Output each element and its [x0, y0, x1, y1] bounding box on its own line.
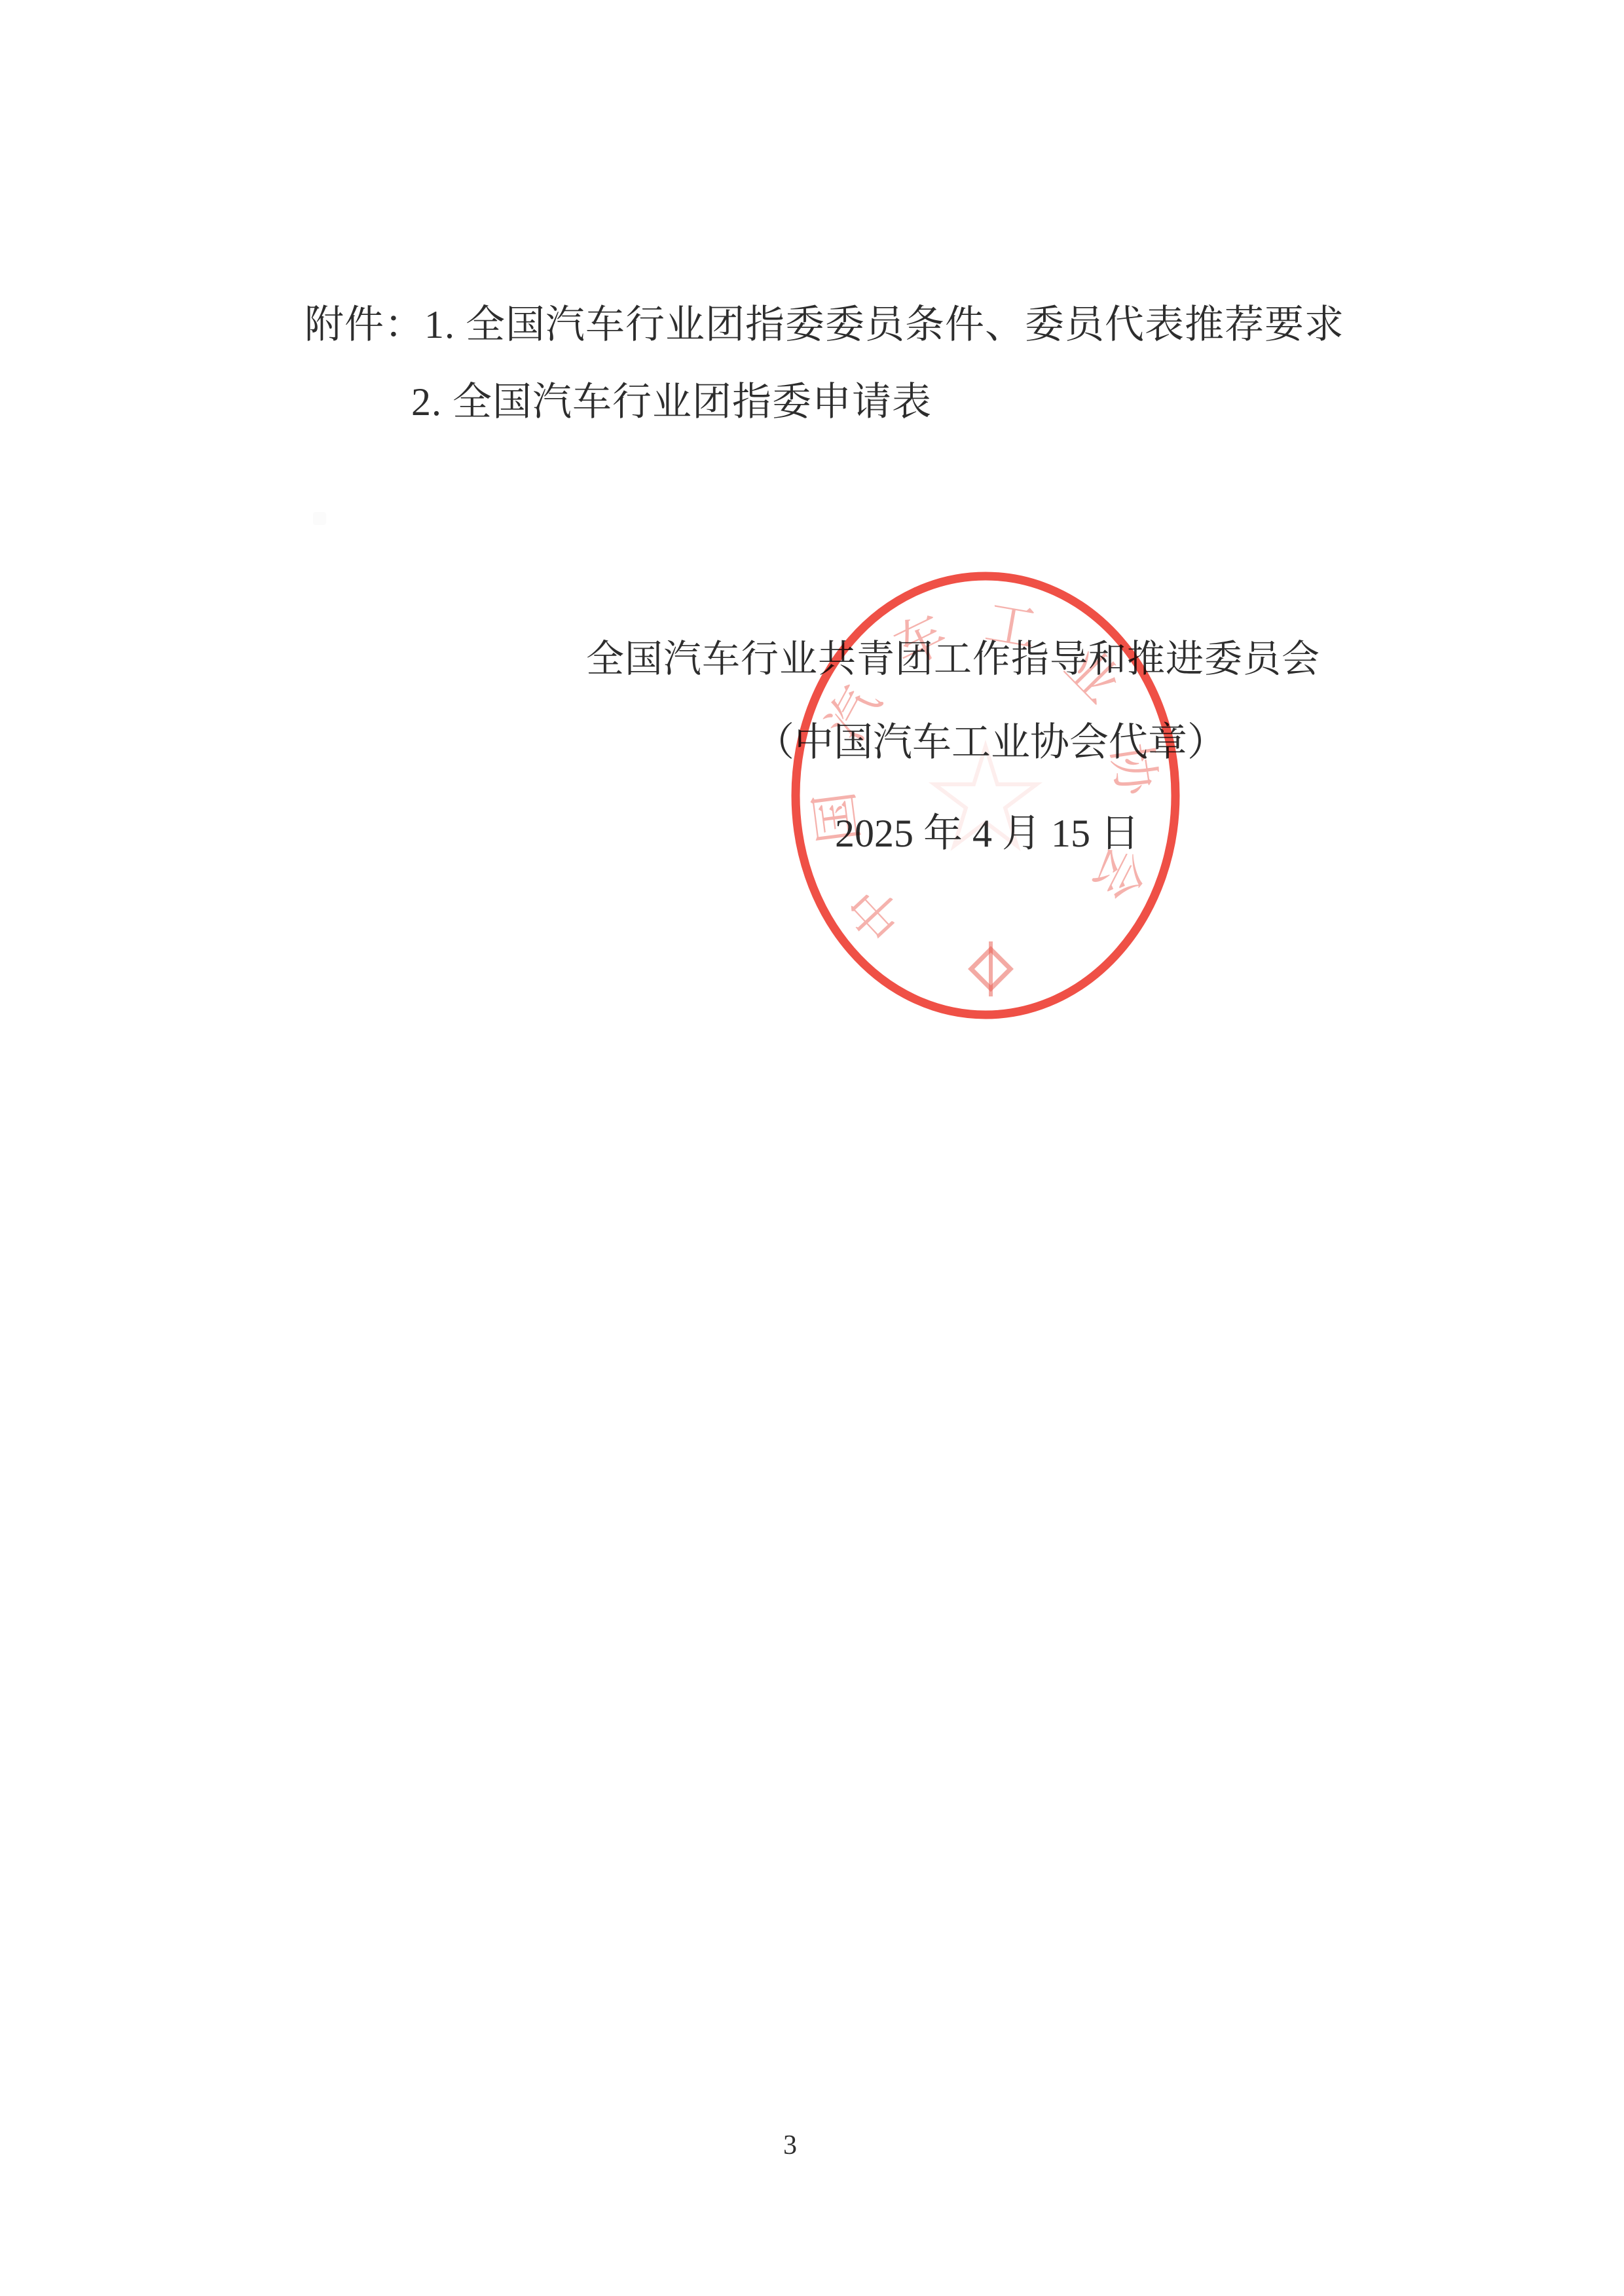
document-page: 附件：1. 全国汽车行业团指委委员条件、委员代表推荐要求 2. 全国汽车行业团指…	[0, 0, 1624, 2296]
signature-date: 2025 年 4 月 15 日	[835, 814, 1139, 853]
signature-on-behalf-note: （中国汽车工业协会代章）	[755, 723, 1227, 762]
scan-artifact-smudge	[313, 512, 326, 525]
attachment-list-line-2: 2. 全国汽车行业团指委申请表	[411, 382, 932, 422]
attachment-list-line-1: 附件：1. 全国汽车行业团指委委员条件、委员代表推荐要求	[304, 305, 1344, 344]
seal-arc-char: 中	[838, 875, 915, 951]
signature-organization: 全国汽车行业共青团工作指导和推进委员会	[586, 640, 1320, 678]
seal-emblem-diamond	[971, 941, 1010, 996]
page-number: 3	[783, 2132, 797, 2159]
